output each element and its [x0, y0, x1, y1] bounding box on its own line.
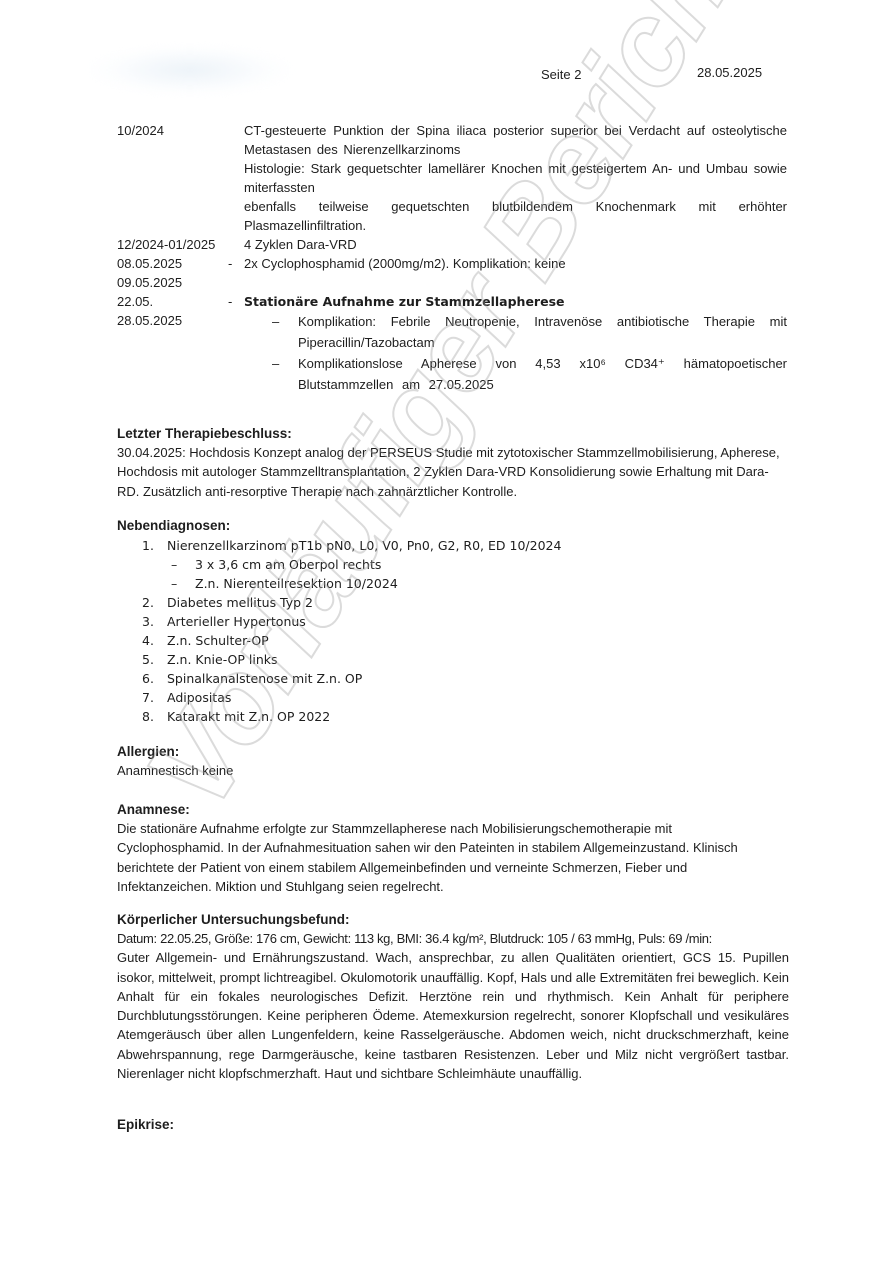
diagnosis-item: 2.Diabetes mellitus Typ 2: [117, 593, 789, 612]
timeline-text: 2x Cyclophosphamid (2000mg/m2). Komplika…: [244, 254, 787, 273]
diagnosis-item: 6.Spinalkanalstenose mit Z.n. OP: [117, 669, 789, 688]
report-date: 28.05.2025: [697, 65, 762, 80]
dash-bullet: -: [228, 254, 232, 273]
document-page: Seite 2 28.05.2025 10/2024 CT-gesteuerte…: [0, 0, 893, 1265]
diagnosis-item: 8.Katarakt mit Z.n. OP 2022: [117, 707, 789, 726]
diagnosis-subitem-text: Z.n. Nierenteilresektion 10/2024: [195, 576, 398, 591]
section-heading: Epikrise:: [117, 1115, 789, 1134]
diagnosis-text: Z.n. Knie-OP links: [167, 652, 278, 667]
section-heading: Letzter Therapiebeschluss:: [117, 424, 789, 443]
diagnosis-text: Spinalkanalstenose mit Z.n. OP: [167, 671, 362, 686]
timeline-text: ebenfalls teilweise gequetschten blutbil…: [244, 197, 787, 235]
section-text: Die stationäre Aufnahme erfolgte zur Sta…: [117, 819, 789, 896]
diagnosis-number: 3.: [142, 612, 154, 631]
timeline-text: CT-gesteuerte Punktion der Spina iliaca …: [244, 121, 787, 159]
diagnosis-item: 3.Arterieller Hypertonus: [117, 612, 789, 631]
section-heading: Körperlicher Untersuchungsbefund:: [117, 910, 789, 929]
section-nebendiagnosen: Nebendiagnosen: 1.Nierenzellkarzinom pT1…: [117, 516, 789, 726]
dash-bullet: –: [171, 555, 177, 574]
timeline-date: 22.05.: [117, 292, 237, 311]
diagnosis-number: 4.: [142, 631, 154, 650]
diagnosis-number: 5.: [142, 650, 154, 669]
diagnosis-subitem: –3 x 3,6 cm am Oberpol rechts: [167, 555, 789, 574]
section-text: Guter Allgemein- und Ernährungszustand. …: [117, 948, 789, 1083]
therapy-timeline: 10/2024 CT-gesteuerte Punktion der Spina…: [117, 121, 787, 395]
section-heading: Anamnese:: [117, 800, 789, 819]
dash-bullet: -: [228, 292, 232, 311]
timeline-date: 09.05.2025: [117, 273, 237, 292]
timeline-entry: 12/2024-01/2025 4 Zyklen Dara-VRD: [117, 235, 787, 254]
diagnosis-text: Arterieller Hypertonus: [167, 614, 306, 629]
page-number: Seite 2: [541, 67, 581, 82]
diagnosis-text: Nierenzellkarzinom pT1b pN0, L0, V0, Pn0…: [167, 538, 561, 553]
timeline-subitem: – Komplikationslose Apherese von 4,53 x1…: [298, 353, 787, 395]
diagnosis-text: Diabetes mellitus Typ 2: [167, 595, 313, 610]
diagnosis-list: 1.Nierenzellkarzinom pT1b pN0, L0, V0, P…: [117, 536, 789, 726]
vitals-text: Datum: 22.05.25, Größe: 176 cm, Gewicht:…: [117, 929, 789, 948]
timeline-entry: 09.05.2025: [117, 273, 787, 292]
timeline-subitem-text: Komplikation: Febrile Neutropenie, Intra…: [298, 311, 787, 353]
timeline-subitem: – Komplikation: Febrile Neutropenie, Int…: [298, 311, 787, 353]
section-epikrise: Epikrise:: [117, 1115, 789, 1134]
timeline-entry: 22.05. - Stationäre Aufnahme zur Stammze…: [117, 292, 787, 311]
timeline-date: 28.05.2025: [117, 311, 237, 330]
diagnosis-subitem: –Z.n. Nierenteilresektion 10/2024: [167, 574, 789, 593]
diagnosis-number: 6.: [142, 669, 154, 688]
timeline-text: Histologie: Stark gequetschter lamelläre…: [244, 159, 787, 197]
section-heading: Allergien:: [117, 742, 789, 761]
diagnosis-text: Katarakt mit Z.n. OP 2022: [167, 709, 330, 724]
section-text: 30.04.2025: Hochdosis Konzept analog der…: [117, 443, 789, 501]
diagnosis-number: 1.: [142, 536, 154, 555]
diagnosis-item: 7.Adipositas: [117, 688, 789, 707]
section-heading: Nebendiagnosen:: [117, 516, 789, 535]
diagnosis-item: 5.Z.n. Knie-OP links: [117, 650, 789, 669]
diagnosis-number: 2.: [142, 593, 154, 612]
diagnosis-text: Z.n. Schulter-OP: [167, 633, 269, 648]
timeline-date: 08.05.2025: [117, 254, 237, 273]
timeline-subitem-text: Komplikationslose Apherese von 4,53 x10⁶…: [298, 353, 787, 395]
diagnosis-sublist: –3 x 3,6 cm am Oberpol rechts–Z.n. Niere…: [167, 555, 789, 593]
timeline-entry: 08.05.2025 - 2x Cyclophosphamid (2000mg/…: [117, 254, 787, 273]
section-therapiebeschluss: Letzter Therapiebeschluss: 30.04.2025: H…: [117, 424, 789, 501]
section-befund: Körperlicher Untersuchungsbefund: Datum:…: [117, 910, 789, 1083]
diagnosis-item: 1.Nierenzellkarzinom pT1b pN0, L0, V0, P…: [117, 536, 789, 593]
dash-bullet: –: [272, 353, 279, 374]
hospital-logo: [90, 45, 290, 95]
dash-bullet: –: [171, 574, 177, 593]
dash-bullet: –: [272, 311, 279, 332]
timeline-date: 12/2024-01/2025: [117, 235, 237, 254]
diagnosis-number: 8.: [142, 707, 154, 726]
diagnosis-item: 4.Z.n. Schulter-OP: [117, 631, 789, 650]
section-allergien: Allergien: Anamnestisch keine: [117, 742, 789, 780]
timeline-date: 10/2024: [117, 121, 237, 140]
timeline-entry: 28.05.2025 – Komplikation: Febrile Neutr…: [117, 311, 787, 395]
section-anamnese: Anamnese: Die stationäre Aufnahme erfolg…: [117, 800, 789, 896]
diagnosis-text: Adipositas: [167, 690, 231, 705]
timeline-text: 4 Zyklen Dara-VRD: [244, 235, 787, 254]
diagnosis-subitem-text: 3 x 3,6 cm am Oberpol rechts: [195, 557, 381, 572]
timeline-title: Stationäre Aufnahme zur Stammzellapheres…: [244, 292, 787, 311]
timeline-entry: 10/2024 CT-gesteuerte Punktion der Spina…: [117, 121, 787, 235]
diagnosis-number: 7.: [142, 688, 154, 707]
section-text: Anamnestisch keine: [117, 761, 789, 780]
